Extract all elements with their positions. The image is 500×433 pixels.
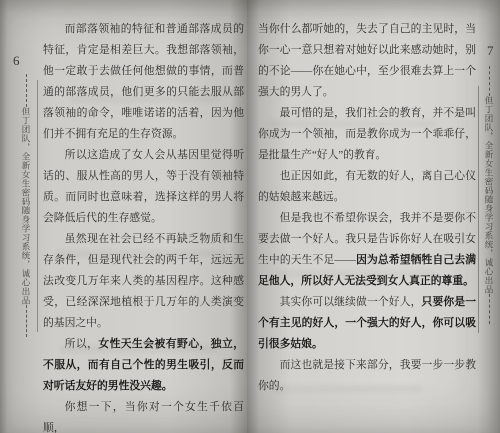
dashed-rule [489, 294, 490, 324]
dashed-rule [26, 74, 27, 107]
dashed-rule [26, 305, 27, 338]
paragraph: 当你什么都听她的，失去了自己的主见时，当你一心一意只想着对她好以此来感动她时，别… [258, 19, 476, 103]
paragraph: 而这也就是接下来部分，我要一步一步教你的。 [258, 355, 476, 397]
page-left: 6 但丁团队，全新女生密码随身学习系统，诚心出品 而部落领袖的特征和普通部落成员… [0, 0, 247, 433]
paragraph: 虽然现在社会已经不再缺乏物质和生存条件，但是现代社会的两千年，远远无法改变几万年… [43, 229, 244, 334]
book-photo: 6 但丁团队，全新女生密码随身学习系统，诚心出品 而部落领袖的特征和普通部落成员… [0, 0, 500, 433]
body-text-run: 最可惜的是，我们社会的教育，并不是叫你成为一个领袖，而是教你成为一个乖乖仔，是批… [258, 107, 476, 161]
margin-slogan-right: 但丁团队，全新女生密码随身学习系统，诚心出品 [481, 66, 497, 324]
margin-slogan-text: 但丁团队，全新女生密码随身学习系统，诚心出品 [482, 96, 496, 294]
margin-slogan-left: 但丁团队，全新女生密码随身学习系统，诚心出品 [18, 74, 34, 337]
page-number: 6 [13, 54, 20, 67]
paragraph: 所以这造成了女人会从基因里觉得听话的、服从性高的男人，等于没有领袖特质。而同时也… [43, 145, 244, 229]
body-text-run: 而这也就是接下来部分，我要一步一步教你的。 [258, 359, 476, 392]
paragraph: 其实你可以继续做一个好人，只要你是一个有主见的好人，一个强大的好人，你可以吸引很… [258, 292, 476, 355]
paragraph: 而部落领袖的特征和普通部落成员的特征，肯定是相差巨大。我想部落领袖，他一定敢于去… [43, 19, 244, 145]
margin-divider-line [478, 86, 479, 333]
body-text-run: 其实你可以继续做一个好人， [280, 296, 422, 308]
paragraph: 所以，女性天生会被有野心，独立，不服从，而有自己个性的男生吸引，反而对听话友好的… [43, 334, 244, 397]
paragraph: 你想一下，当你对一个女生千依百顺， [43, 397, 244, 433]
body-text-run: 所以这造成了女人会从基因里觉得听话的、服从性高的男人，等于没有领袖特质。而同时也… [43, 149, 244, 224]
body-text-run: 所以， [65, 338, 99, 350]
page-number: 7 [487, 44, 494, 57]
body-text-run: 当你什么都听她的，失去了自己的主见时，当你一心一意只想着对她好以此来感动她时，别… [258, 23, 476, 98]
paragraph: 也正因如此，有无数的好人，离自己心仪的姑娘越来越远。 [258, 166, 476, 208]
page-text: 当你什么都听她的，失去了自己的主见时，当你一心一意只想着对她好以此来感动她时，别… [258, 19, 476, 397]
body-text-run: 你想一下，当你对一个女生千依百顺， [43, 401, 244, 433]
paragraph: 最可惜的是，我们社会的教育，并不是叫你成为一个领袖，而是教你成为一个乖乖仔，是批… [258, 103, 476, 166]
paragraph: 但是我也不希望你误会，我并不是要你不要去做一个好人。我只是告诉你好人在吸引女生中… [258, 208, 476, 292]
margin-slogan-text: 但丁团队，全新女生密码随身学习系统，诚心出品 [19, 107, 33, 305]
page-text: 而部落领袖的特征和普通部落成员的特征，肯定是相差巨大。我想部落领袖，他一定敢于去… [43, 19, 244, 433]
margin-divider-line [37, 80, 38, 332]
dashed-rule [489, 66, 490, 96]
page-right: 7 但丁团队，全新女生密码随身学习系统，诚心出品 当你什么都听她的，失去了自己的… [247, 0, 500, 433]
body-text-run: 而部落领袖的特征和普通部落成员的特征，肯定是相差巨大。我想部落领袖，他一定敢于去… [43, 23, 244, 140]
body-text-run: 也正因如此，有无数的好人，离自己心仪的姑娘越来越远。 [258, 170, 476, 203]
body-text-run: 虽然现在社会已经不再缺乏物质和生存条件，但是现代社会的两千年，远远无法改变几万年… [43, 233, 244, 329]
